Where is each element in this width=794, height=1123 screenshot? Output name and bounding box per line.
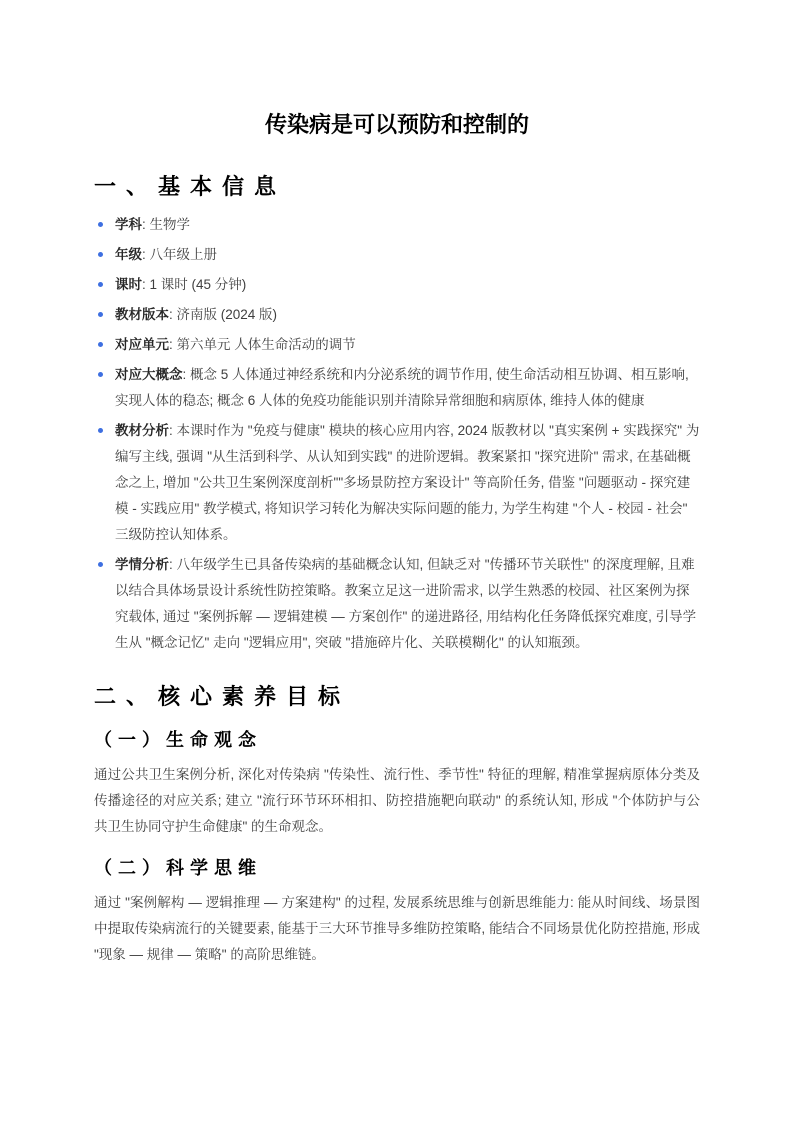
list-item-label: 年级 [115, 247, 142, 262]
list-item-value: : 概念 5 人体通过神经系统和内分泌系统的调节作用, 使生命活动相互协调、相互… [115, 367, 689, 408]
basic-info-list: 学科: 生物学 年级: 八年级上册 课时: 1 课时 (45 分钟) 教材版本:… [94, 212, 700, 656]
bullet-icon [98, 342, 103, 347]
list-item-value: : 本课时作为 "免疫与健康" 模块的核心应用内容, 2024 版教材以 "真实… [115, 423, 699, 542]
list-item-label: 教材分析 [115, 423, 169, 438]
list-item-subject: 学科: 生物学 [94, 212, 700, 238]
list-item-textbook-analysis: 教材分析: 本课时作为 "免疫与健康" 模块的核心应用内容, 2024 版教材以… [94, 418, 700, 548]
paragraph-scientific-thinking: 通过 "案例解构 — 逻辑推理 — 方案建构" 的过程, 发展系统思维与创新思维… [94, 890, 700, 968]
bullet-icon [98, 428, 103, 433]
list-item-label: 对应大概念 [115, 367, 183, 382]
list-item-value: : 八年级学生已具备传染病的基础概念认知, 但缺乏对 "传播环节关联性" 的深度… [115, 557, 696, 650]
list-item-value: : 八年级上册 [142, 247, 217, 262]
bullet-icon [98, 222, 103, 227]
list-item-grade: 年级: 八年级上册 [94, 242, 700, 268]
list-item-value: : 第六单元 人体生命活动的调节 [169, 337, 356, 352]
list-item-learner-analysis: 学情分析: 八年级学生已具备传染病的基础概念认知, 但缺乏对 "传播环节关联性"… [94, 552, 700, 656]
list-item-label: 教材版本 [115, 307, 169, 322]
bullet-icon [98, 562, 103, 567]
list-item-value: : 生物学 [142, 217, 190, 232]
list-item-label: 对应单元 [115, 337, 169, 352]
bullet-icon [98, 282, 103, 287]
page-title: 传染病是可以预防和控制的 [94, 110, 700, 140]
subsection-heading-scientific-thinking: （二）科学思维 [94, 854, 700, 882]
paragraph-life-concept: 通过公共卫生案例分析, 深化对传染病 "传染性、流行性、季节性" 特征的理解, … [94, 762, 700, 840]
list-item-label: 学情分析 [115, 557, 169, 572]
list-item-label: 课时 [115, 277, 142, 292]
bullet-icon [98, 312, 103, 317]
section-heading-basic-info: 一、基本信息 [94, 172, 700, 202]
section-heading-core-competencies: 二、核心素养目标 [94, 682, 700, 712]
list-item-big-concepts: 对应大概念: 概念 5 人体通过神经系统和内分泌系统的调节作用, 使生命活动相互… [94, 362, 700, 414]
document-page: 传染病是可以预防和控制的 一、基本信息 学科: 生物学 年级: 八年级上册 课时… [0, 0, 794, 1123]
list-item-value: : 济南版 (2024 版) [169, 307, 277, 322]
bullet-icon [98, 372, 103, 377]
bullet-icon [98, 252, 103, 257]
list-item-label: 学科 [115, 217, 142, 232]
list-item-value: : 1 课时 (45 分钟) [142, 277, 246, 292]
list-item-textbook-version: 教材版本: 济南版 (2024 版) [94, 302, 700, 328]
subsection-heading-life-concept: （一）生命观念 [94, 726, 700, 754]
list-item-class-hours: 课时: 1 课时 (45 分钟) [94, 272, 700, 298]
list-item-unit: 对应单元: 第六单元 人体生命活动的调节 [94, 332, 700, 358]
